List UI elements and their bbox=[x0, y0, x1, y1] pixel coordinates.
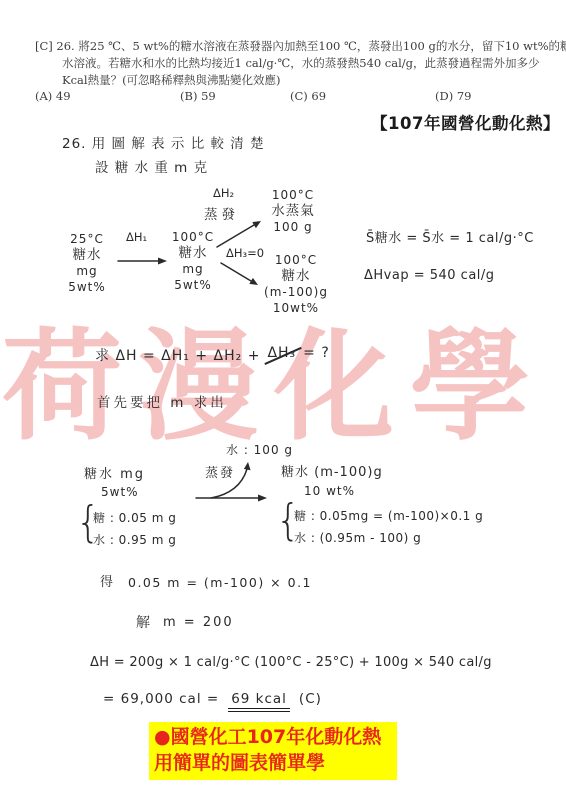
mass-balance-equation: 0.05 m = (m-100) × 0.1 bbox=[128, 575, 312, 590]
enthalpy-equation: ΔH = 200g × 1 cal/g·°C (100°C - 25°C) + … bbox=[90, 655, 492, 670]
evaporation-label: 蒸發 bbox=[204, 203, 239, 223]
delta-h2-label: ΔH₂ bbox=[213, 186, 234, 200]
evaporated-water-label: 水 : 100 g bbox=[226, 441, 293, 458]
exam-source-tag: 【107年國營化動化熱】 bbox=[371, 110, 560, 134]
option-c: (C) 69 bbox=[290, 88, 435, 105]
scanned-solution-page: 荷漫化學 [C] 26. 將25 ℃、5 wt%的糖水溶液在蒸發器內加熱至100… bbox=[0, 0, 566, 800]
goal-prefix: 求 ΔH = ΔH₁ + ΔH₂ + bbox=[95, 345, 260, 365]
heat-capacity-note: S̄糖水 = S̄水 = 1 cal/g·°C bbox=[366, 227, 534, 246]
right-composition-list: 糖 : 0.05mg = (m-100)×0.1 g 水 : (0.95m - … bbox=[294, 505, 483, 549]
option-a: (A) 49 bbox=[35, 88, 180, 105]
state-concentrated-sugar-water: 100°C 糖水 (m-100)g 10wt% bbox=[256, 252, 336, 316]
question-line-2: 水溶液。若糖水和水的比熱均接近1 cal/g·℃，水的蒸發熱540 cal/g，… bbox=[62, 55, 540, 72]
question-line-1: [C] 26. 將25 ℃、5 wt%的糖水溶液在蒸發器內加熱至100 ℃，蒸發… bbox=[35, 38, 566, 55]
state-water-vapor: 100°C 水蒸氣 100 g bbox=[260, 187, 326, 235]
mass-balance-left-conc: 5wt% bbox=[101, 485, 139, 499]
option-b: (B) 59 bbox=[180, 88, 290, 105]
residue-name: 糖水 bbox=[282, 268, 311, 284]
solution-assumption: 設 糖 水 重 m 克 bbox=[95, 156, 208, 176]
mass-balance-right-title: 糖水 (m-100)g bbox=[281, 461, 383, 480]
evaporation-arrow-label: 蒸發 bbox=[205, 462, 235, 481]
derive-lead: 得 bbox=[100, 571, 113, 590]
answer-choice: (C) bbox=[299, 691, 322, 707]
left-sugar-mass: 糖 : 0.05 m g bbox=[93, 507, 176, 529]
answer-options-row: (A) 49 (B) 59 (C) 69 (D) 79 bbox=[35, 88, 471, 105]
residue-mass: (m-100)g bbox=[264, 284, 328, 300]
state2-conc: 5wt% bbox=[174, 277, 212, 293]
goal-equation: 求 ΔH = ΔH₁ + ΔH₂ + ΔH₃ = ? bbox=[95, 345, 330, 365]
state1-temp: 25°C bbox=[70, 231, 104, 247]
state1-conc: 5wt% bbox=[68, 279, 106, 295]
final-result-line: = 69,000 cal = 69 kcal (C) bbox=[103, 691, 322, 712]
goal-struck-term: ΔH₃ bbox=[267, 345, 296, 365]
question-line-3: Kcal熱量？(可忽略稀釋熱與沸點變化效應) bbox=[62, 72, 281, 89]
caption-line-2: 用簡單的圖表簡單學 bbox=[154, 750, 391, 776]
mass-balance-left-title: 糖水 mg bbox=[84, 463, 145, 482]
caption-banner: ●國營化工107年化動化熱 用簡單的圖表簡單學 bbox=[149, 722, 397, 780]
result-prefix: = 69,000 cal = bbox=[103, 691, 219, 707]
vaporization-heat-note: ΔHvap = 540 cal/g bbox=[364, 268, 495, 283]
state2-temp: 100°C bbox=[172, 229, 214, 245]
right-sugar-mass: 糖 : 0.05mg = (m-100)×0.1 g bbox=[294, 505, 483, 527]
state1-mass: mg bbox=[76, 263, 97, 279]
find-m-note: 首先要把 m 求出 bbox=[97, 391, 227, 411]
left-water-mass: 水 : 0.95 m g bbox=[93, 529, 176, 551]
option-d: (D) 79 bbox=[435, 88, 471, 105]
residue-conc: 10wt% bbox=[273, 300, 319, 316]
solve-lead: 解 bbox=[136, 612, 150, 632]
goal-suffix: = ? bbox=[303, 345, 330, 365]
final-answer: 69 kcal bbox=[228, 691, 290, 712]
state2-name: 糖水 bbox=[179, 245, 208, 261]
solution-heading: 26. 用 圖 解 表 示 比 較 清 楚 bbox=[62, 132, 265, 152]
m-result: m = 200 bbox=[163, 615, 234, 630]
vapor-mass: 100 g bbox=[273, 219, 312, 235]
mass-balance-right-conc: 10 wt% bbox=[304, 484, 355, 498]
residue-temp: 100°C bbox=[275, 252, 317, 268]
state-initial-sugar-water: 25°C 糖水 mg 5wt% bbox=[58, 231, 116, 295]
state-heated-sugar-water: 100°C 糖水 mg 5wt% bbox=[166, 229, 220, 293]
vapor-name: 水蒸氣 bbox=[271, 203, 315, 219]
caption-line-1: ●國營化工107年化動化熱 bbox=[154, 724, 391, 750]
vapor-temp: 100°C bbox=[272, 187, 314, 203]
right-water-mass: 水 : (0.95m - 100) g bbox=[294, 527, 483, 549]
delta-h1-label: ΔH₁ bbox=[126, 230, 147, 244]
state1-name: 糖水 bbox=[73, 247, 102, 263]
left-composition-list: 糖 : 0.05 m g 水 : 0.95 m g bbox=[93, 507, 176, 551]
state2-mass: mg bbox=[182, 261, 203, 277]
